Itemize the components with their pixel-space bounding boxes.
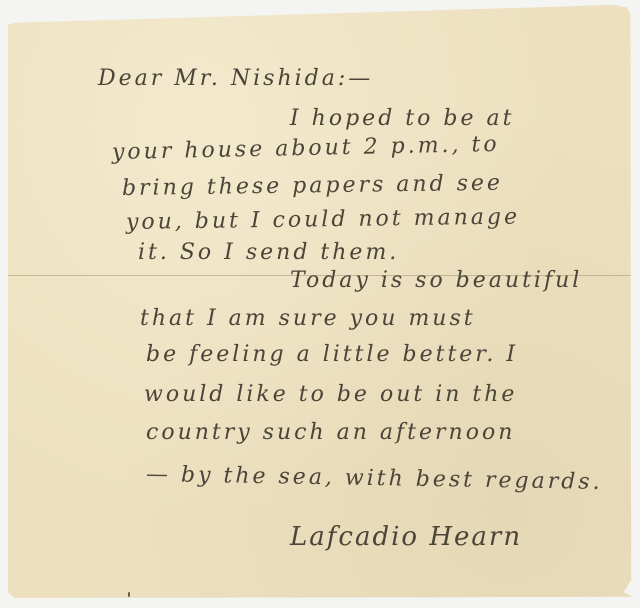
body-line-8: be feeling a little better. I	[146, 342, 518, 367]
body-line-1: I hoped to be at	[290, 106, 514, 131]
body-line-10: country such an afternoon	[146, 420, 515, 445]
body-line-5: it. So I send them.	[138, 240, 399, 265]
salutation: Dear Mr. Nishida:—	[98, 66, 373, 91]
body-line-3: bring these papers and see	[122, 171, 503, 201]
body-line-9: would like to be out in the	[144, 382, 517, 407]
ink-speck	[128, 592, 130, 597]
letter-paper	[8, 5, 633, 598]
signature: Lafcadio Hearn	[290, 522, 522, 552]
body-line-6: Today is so beautiful	[290, 268, 582, 293]
body-line-7: that I am sure you must	[140, 306, 476, 331]
